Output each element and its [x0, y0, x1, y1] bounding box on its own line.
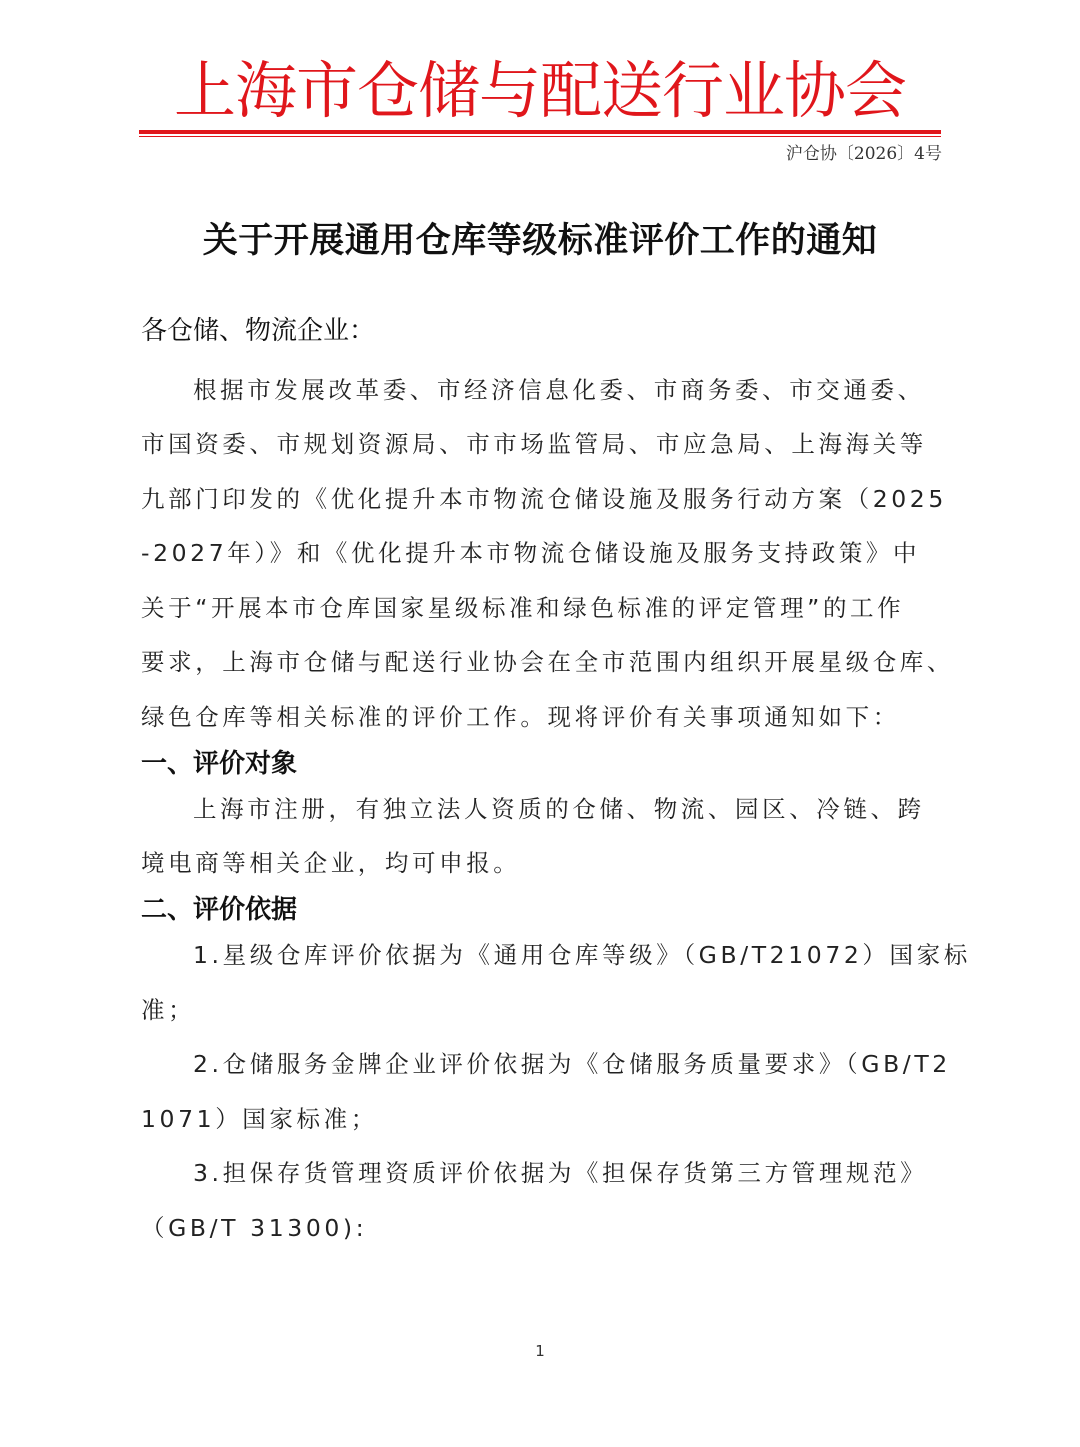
page-number: 1 [0, 1341, 1080, 1361]
letterhead-organization-name: 上海市仓储与配送行业协会 [140, 56, 940, 126]
section-line: 上海市注册，有独立法人资质的仓储、物流、园区、冷链、跨 [193, 793, 941, 825]
basis-item-1-line: 准； [141, 994, 941, 1026]
section-heading-evaluation-target: 一、评价对象 [141, 746, 297, 782]
intro-line: 市国资委、市规划资源局、市市场监管局、市应急局、上海海关等 [141, 428, 941, 460]
document-number: 沪仓协〔2026〕4号 [786, 143, 942, 165]
intro-line: 要求，上海市仓储与配送行业协会在全市范围内组织开展星级仓库、 [141, 646, 941, 678]
intro-line: 根据市发展改革委、市经济信息化委、市商务委、市交通委、 [193, 374, 941, 406]
document-title: 关于开展通用仓库等级标准评价工作的通知 [140, 218, 940, 264]
section-line: 境电商等相关企业，均可申报。 [141, 847, 941, 879]
basis-item-2-line: 2.仓储服务金牌企业评价依据为《仓储服务质量要求》（GB/T2 [193, 1048, 941, 1080]
basis-item-2-line: 1071）国家标准； [141, 1103, 941, 1135]
salutation: 各仓储、物流企业： [141, 313, 375, 349]
intro-line: 九部门印发的《优化提升本市物流仓储设施及服务行动方案（2025 [141, 483, 941, 515]
basis-item-1-line: 1.星级仓库评价依据为《通用仓库等级》（GB/T21072）国家标 [193, 939, 941, 971]
basis-item-3-line: 3.担保存货管理资质评价依据为《担保存货第三方管理规范》 [193, 1157, 941, 1189]
intro-line: -2027年）》和《优化提升本市物流仓储设施及服务支持政策》中 [141, 537, 941, 569]
letterhead-red-rule [139, 130, 941, 134]
intro-line: 关于“开展本市仓库国家星级标准和绿色标准的评定管理”的工作 [141, 592, 941, 624]
intro-line: 绿色仓库等相关标准的评价工作。现将评价有关事项通知如下： [141, 701, 941, 733]
basis-item-3-line: （GB/T 31300): [141, 1212, 941, 1244]
section-heading-evaluation-basis: 二、评价依据 [141, 892, 297, 928]
letterhead-red-rule-thin [139, 136, 941, 137]
